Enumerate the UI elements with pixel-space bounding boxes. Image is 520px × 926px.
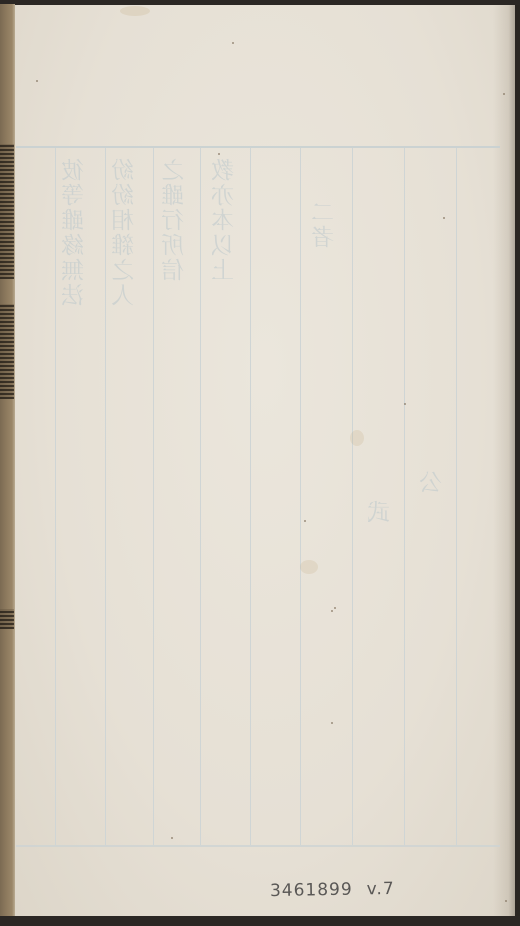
paper-speck xyxy=(171,837,173,839)
page-edge-ink xyxy=(0,304,14,399)
paper-speck xyxy=(218,153,220,155)
column-rule xyxy=(456,148,457,845)
paper-stain xyxy=(300,560,318,574)
bleed-through-column: 彼等雖緣無法 xyxy=(62,158,88,838)
paper-stain xyxy=(120,6,150,16)
paper-speck xyxy=(331,722,333,724)
paper-speck xyxy=(503,93,505,95)
bleed-through-column: 教亦本以上 xyxy=(212,158,238,838)
page-edge-ink xyxy=(0,609,14,629)
scanned-page: 彼等雖緣無法 紛紛相雜之人 之雖行所信 教亦本以上 二者 武 公 3461899… xyxy=(0,0,520,926)
bleed-through-column: 二者 xyxy=(312,200,338,320)
paper-speck xyxy=(404,403,406,405)
frame-bottom-rule xyxy=(16,845,500,847)
paper-speck xyxy=(232,42,234,44)
column-rule xyxy=(55,148,56,845)
bleed-through-column: 紛紛相雜之人 xyxy=(112,158,138,838)
paper-speck xyxy=(36,80,38,82)
column-rule xyxy=(200,148,201,845)
frame-top-rule xyxy=(16,146,500,148)
paper-speck xyxy=(331,610,333,612)
column-rule xyxy=(153,148,154,845)
column-rule xyxy=(352,148,353,845)
column-rule xyxy=(250,148,251,845)
column-rule xyxy=(300,148,301,845)
pencil-shelfmark: 3461899v.7 xyxy=(270,879,395,901)
paper-speck xyxy=(505,900,507,902)
paper-speck xyxy=(304,520,306,522)
gutter-shadow xyxy=(493,5,515,916)
column-rule xyxy=(404,148,405,845)
paper-speck xyxy=(334,607,336,609)
paper-speck xyxy=(443,217,445,219)
book-page-edge xyxy=(0,4,15,918)
paper-stain xyxy=(350,430,364,446)
volume-number: v.7 xyxy=(367,879,395,899)
scan-bottom-border xyxy=(0,916,520,926)
shelfmark-number: 3461899 xyxy=(270,880,353,901)
bleed-through-column: 公 xyxy=(420,470,446,840)
bleed-through-column: 武 xyxy=(368,500,394,840)
page-edge-ink xyxy=(0,144,14,279)
column-rule xyxy=(105,148,106,845)
bleed-through-column: 之雖行所信 xyxy=(162,158,188,838)
